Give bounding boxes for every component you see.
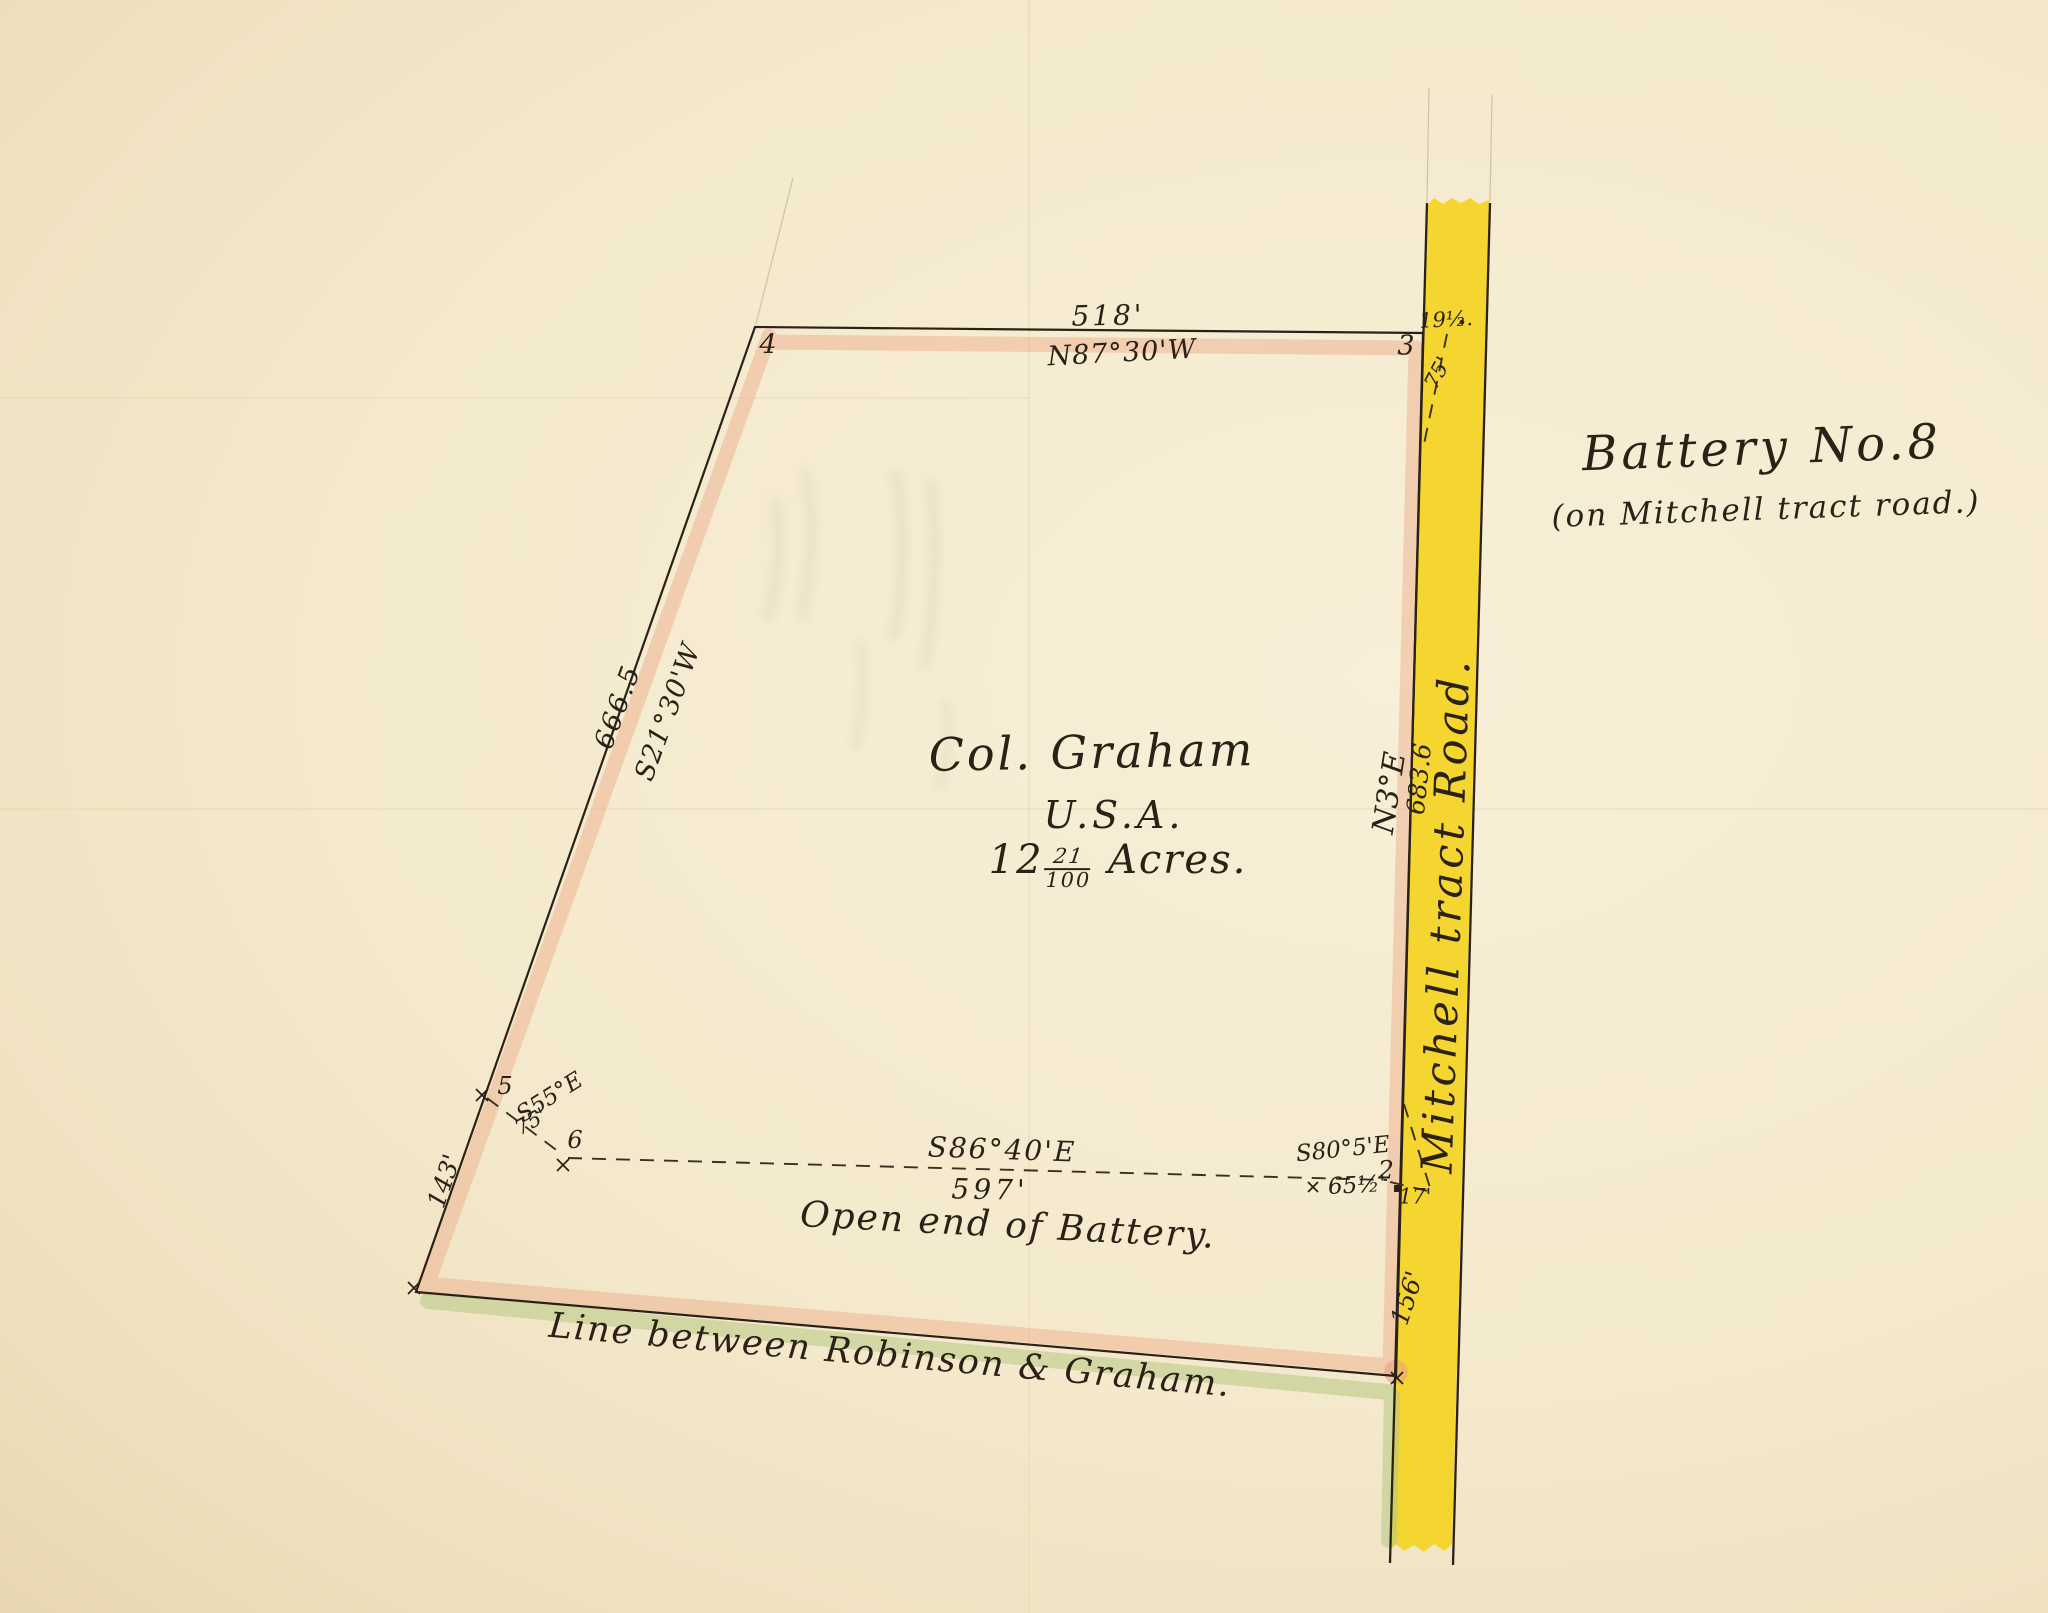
acreage-numerator: 21: [1044, 846, 1093, 870]
survey-map-sheet: Battery No.8 (on Mitchell tract road.) 5…: [0, 0, 2048, 1613]
acreage-label: 1221100 Acres.: [989, 840, 1248, 892]
acreage-denominator: 100: [1046, 870, 1092, 892]
road-top-offset: 19½.: [1419, 308, 1474, 332]
point-5-label: 5: [497, 1074, 512, 1098]
owner-org: U.S.A.: [1044, 796, 1185, 834]
corner-3-label: 3: [1397, 333, 1414, 360]
corner-4-label: 4: [759, 332, 776, 359]
point-2-label: 2: [1378, 1158, 1394, 1183]
point-6-label: 6: [567, 1128, 582, 1152]
road-tie-distance: 17': [1399, 1187, 1432, 1208]
north-edge-bearing: N87°30'W: [1047, 336, 1197, 371]
map-title: Battery No.8: [1581, 418, 1943, 479]
pencil-construction-lines: [756, 88, 1492, 324]
ghost-showthrough-marks: [767, 470, 948, 790]
north-edge-distance: 518': [1071, 301, 1145, 330]
acreage-fraction: 21100: [1046, 846, 1092, 892]
battery-line-distance: 597': [951, 1175, 1029, 1204]
acreage-whole: 12: [989, 837, 1044, 883]
owner-name: Col. Graham: [928, 726, 1255, 778]
battery-line-bearing: S86°40'E: [927, 1133, 1076, 1166]
acreage-unit: Acres.: [1108, 837, 1247, 883]
